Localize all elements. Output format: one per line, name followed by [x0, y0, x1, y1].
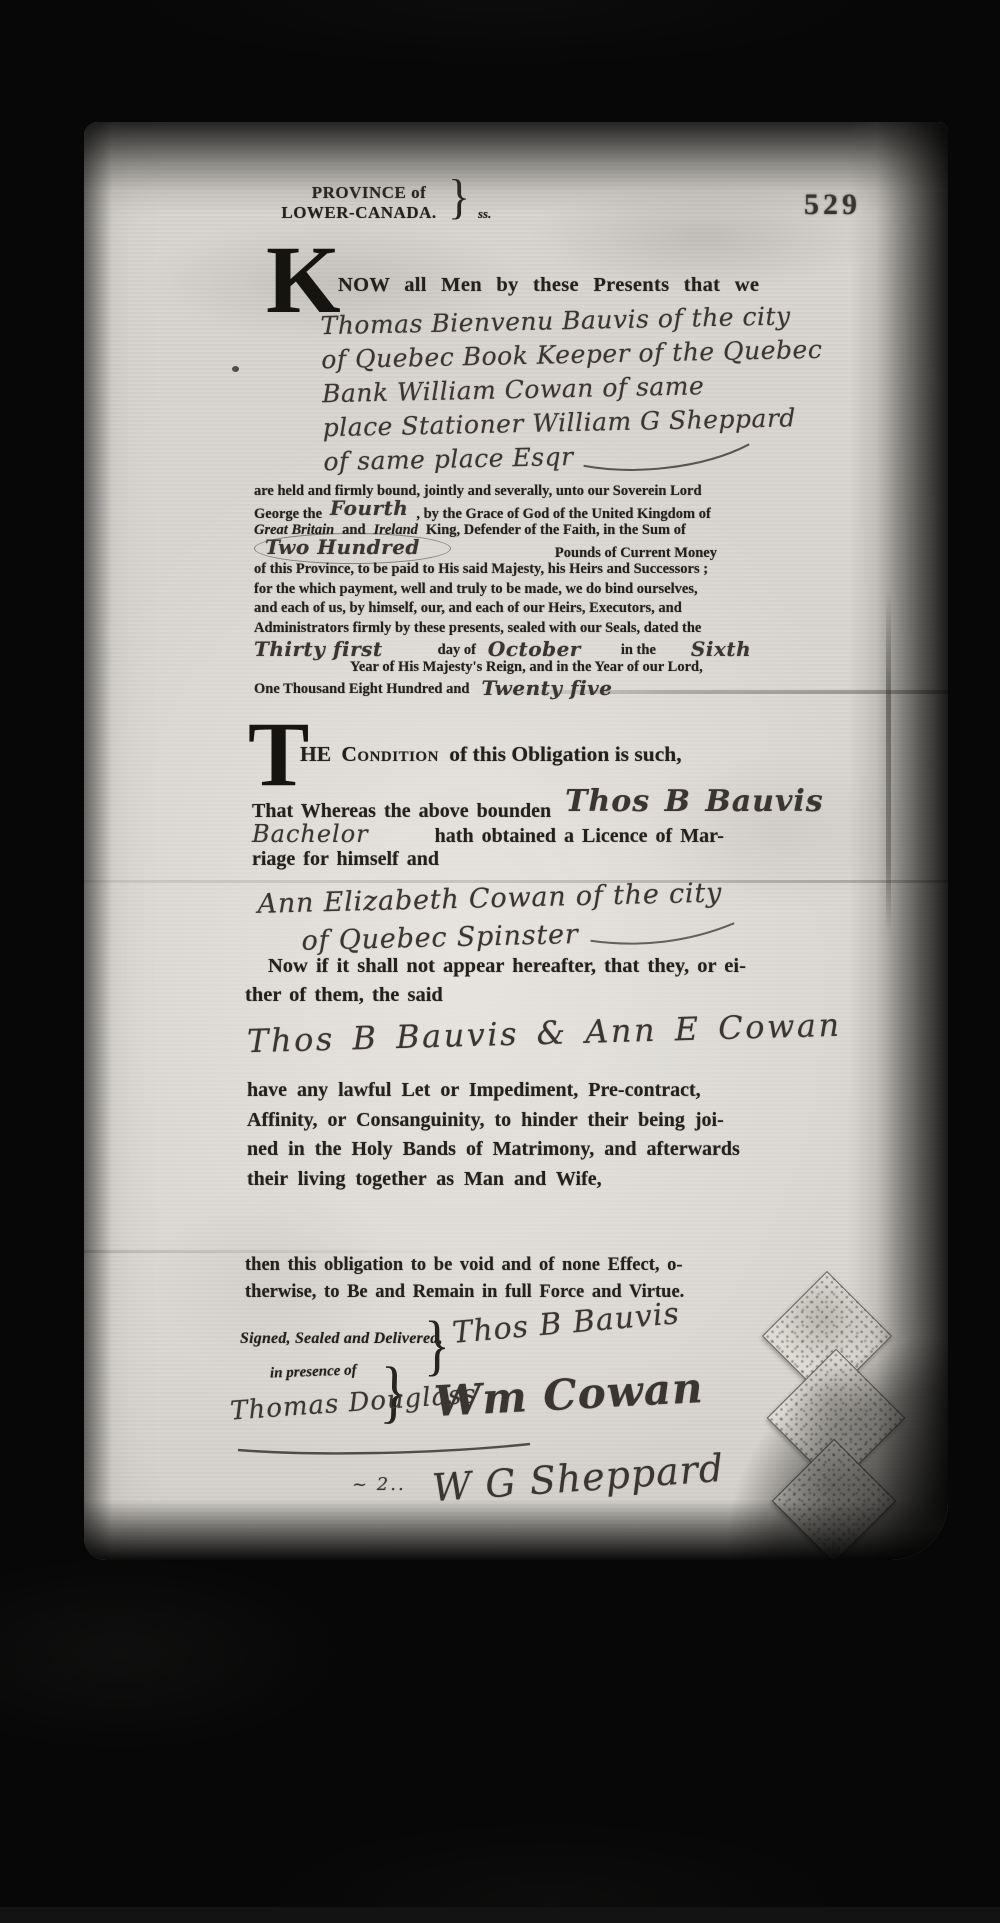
- impediment-paragraph: have any lawful Let or Impediment, Pre-c…: [247, 1076, 740, 1194]
- handwritten-status: Bachelor: [252, 820, 369, 848]
- printed-text: That Whereas the above bounden: [252, 800, 551, 822]
- bond-line: are held and firmly bound, jointly and s…: [254, 482, 751, 502]
- printed-text: hath obtained a Licence of Mar-: [435, 825, 724, 847]
- now-clause: Now if it shall not appear hereafter, th…: [245, 952, 746, 1009]
- handwritten-bride: Ann Elizabeth Cowan of the city of Quebe…: [257, 874, 739, 962]
- wafer-seal: [772, 1439, 896, 1560]
- handwritten-insert: Fourth: [330, 496, 408, 520]
- printed-text: One Thousand Eight Hundred and: [254, 681, 469, 697]
- ss-brace: }: [448, 169, 470, 225]
- province-line2: LOWER-CANADA.: [266, 203, 452, 223]
- microfilm-background: PROVINCE of LOWER-CANADA. } ss. 529 K NO…: [0, 0, 1000, 1923]
- printed-line: Now if it shall not appear hereafter, th…: [245, 952, 746, 981]
- shadow-edge-left: [84, 122, 112, 1560]
- whereas-line: riage for himself and: [252, 848, 439, 871]
- page-number: 529: [804, 188, 861, 222]
- fold-crease: [886, 592, 891, 932]
- handwritten-insert: Twenty five: [481, 676, 612, 700]
- handwritten-insert: October: [488, 637, 581, 661]
- handwritten-couple-names: Thos B Bauvis & Ann E Cowan: [247, 1006, 842, 1061]
- printed-text: of this Obligation is such,: [449, 742, 681, 766]
- printed-line: their living together as Man and Wife,: [247, 1165, 740, 1195]
- ink-flourish: [588, 919, 739, 949]
- signature-underline-flourish: [234, 1440, 534, 1456]
- void-clause: then this obligation to be void and of n…: [245, 1252, 684, 1305]
- printed-line: ned in the Holy Bands of Matrimony, and …: [247, 1135, 740, 1165]
- printed-line: have any lawful Let or Impediment, Pre-c…: [247, 1076, 740, 1106]
- bond-line: Administrators firmly by these presents,…: [254, 619, 751, 639]
- printed-text: Pounds of Current Money: [555, 545, 717, 561]
- ink-squiggle: ~ 2..: [352, 1474, 406, 1495]
- province-line1: PROVINCE of: [266, 183, 452, 203]
- printed-text: King, Defender of the Faith, in the Sum …: [426, 522, 686, 538]
- opening-text: NOW all Men by these Presents that we: [338, 274, 759, 297]
- printed-text: HE: [300, 742, 331, 766]
- bond-line: Two HundredPounds of Current Money: [254, 541, 751, 561]
- ss-abbreviation: ss.: [478, 206, 491, 222]
- printed-line: then this obligation to be void and of n…: [245, 1252, 684, 1279]
- signature-brace: }: [424, 1306, 450, 1384]
- dropcap-T: T: [248, 720, 307, 790]
- province-heading: PROVINCE of LOWER-CANADA.: [266, 183, 452, 223]
- dropcap-K: K: [266, 244, 337, 317]
- bond-line: for the which payment, well and truly to…: [254, 580, 751, 600]
- in-presence-label: in presence of: [270, 1362, 357, 1382]
- ink-dot: [232, 366, 239, 372]
- bond-line: Thirty firstday ofOctoberin theSixth: [254, 638, 751, 658]
- printed-line: Affinity, or Consanguinity, to hinder th…: [247, 1106, 740, 1136]
- bond-line: and each of us, by himself, our, and eac…: [254, 599, 751, 619]
- bond-line: One Thousand Eight Hundred andTwenty fiv…: [254, 677, 751, 697]
- printed-text: , by the Grace of God of the United King…: [416, 506, 710, 522]
- printed-text: George the: [254, 506, 322, 522]
- handwritten-insert: Sixth: [691, 637, 751, 661]
- printed-text: in the: [621, 642, 656, 658]
- signature-cowan: Wm Cowan: [433, 1363, 705, 1426]
- handwritten-insert: Two Hundred: [254, 533, 451, 564]
- signed-sealed-label: Signed, Sealed and Delivered,: [240, 1330, 443, 1348]
- bond-paragraph: are held and firmly bound, jointly and s…: [254, 482, 751, 697]
- film-edge-strip: [0, 1907, 1000, 1923]
- bond-line: George theFourth, by the Grace of God of…: [254, 502, 751, 522]
- handwritten-insert: Thirty first: [254, 637, 383, 661]
- printed-line: ther of them, the said: [245, 981, 746, 1010]
- printed-smallcaps: Condition: [341, 742, 439, 766]
- document-page: PROVINCE of LOWER-CANADA. } ss. 529 K NO…: [84, 122, 948, 1560]
- printed-text: day of: [438, 642, 476, 658]
- whereas-line: Bachelorhath obtained a Licence of Mar-: [252, 820, 724, 848]
- handwritten-text: of same place Esqr: [323, 442, 574, 476]
- handwritten-parties: Thomas Bienvenu Bauvis of the city of Qu…: [320, 299, 825, 481]
- condition-text: HEConditionof this Obligation is such,: [300, 742, 692, 767]
- ink-flourish: [581, 438, 762, 476]
- handwritten-groom-name: Thos B Bauvis: [565, 784, 824, 819]
